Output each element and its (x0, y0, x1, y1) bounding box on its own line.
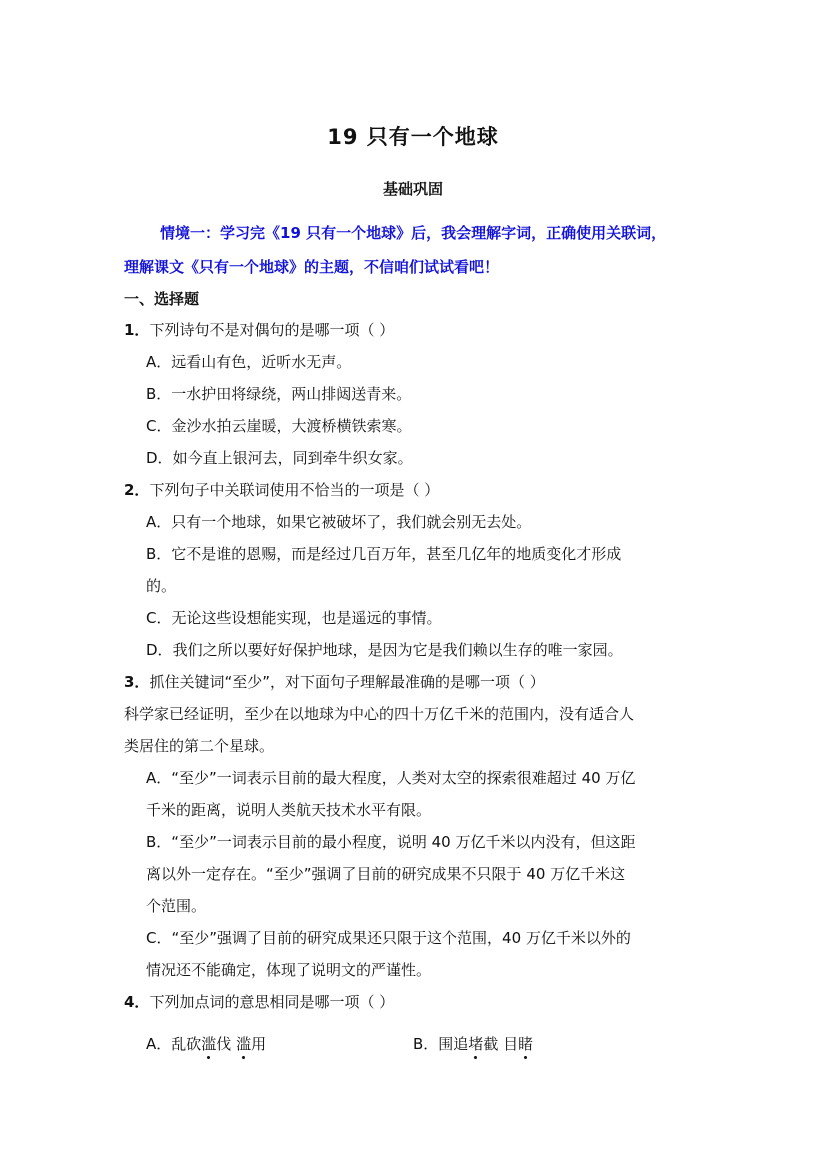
intro-line-1: 情境一：学习完《19 只有一个地球》后，我会理解字词，正确使用关联词， (160, 222, 740, 243)
option-text: 我们之所以要好好保护地球，是因为它是我们赖以生存的唯一家园。 (173, 641, 623, 659)
q1-option-d: D．如今直上银河去，同到牵牛织女家。 (146, 447, 413, 468)
option-key: B． (146, 545, 171, 563)
option-text: 用 (251, 1035, 266, 1053)
q3-option-c-line-2: 情况还不能确定，体现了说明文的严谨性。 (146, 959, 431, 980)
question-number: 3． (124, 673, 149, 691)
option-text: 一水护田将绿绕，两山排闼送青来。 (171, 385, 411, 403)
q3-option-a-line-2: 千米的距离，说明人类航天技术水平有限。 (146, 799, 431, 820)
q1-option-a: A．远看山有色，近听水无声。 (146, 351, 351, 372)
emphasis-dotted-char: 滥 (201, 1033, 216, 1054)
option-key: B． (146, 833, 171, 851)
option-key: A． (146, 353, 171, 371)
option-key: C． (146, 417, 171, 435)
option-key: A． (146, 769, 171, 787)
option-key: A． (146, 1035, 171, 1053)
question-3: 3．抓住关键词“至少”，对下面句子理解最准确的是哪一项（ ） (124, 671, 545, 692)
q2-option-a: A．只有一个地球，如果它被破坏了，我们就会别无去处。 (146, 511, 531, 532)
document-page: 19 只有一个地球 基础巩固 情境一：学习完《19 只有一个地球》后，我会理解字… (0, 0, 826, 1169)
q3-passage-line-1: 科学家已经证明，至少在以地球为中心的四十万亿千米的范围内，没有适合人 (124, 703, 634, 724)
q2-option-c: C．无论这些设想能实现，也是遥远的事情。 (146, 607, 442, 628)
option-key: B． (413, 1035, 438, 1053)
question-number: 4． (124, 993, 149, 1011)
page-title: 19 只有一个地球 (0, 121, 826, 151)
question-stem: 下列诗句不是对偶句的是哪一项（ ） (149, 321, 394, 339)
q1-option-b: B．一水护田将绿绕，两山排闼送青来。 (146, 383, 411, 404)
option-key: B． (146, 385, 171, 403)
question-stem: 下列句子中关联词使用不恰当的一项是（ ） (149, 481, 439, 499)
q3-passage-line-2: 类居住的第二个星球。 (124, 735, 274, 756)
option-text: 伐 (216, 1035, 236, 1053)
q2-option-b-continued: 的。 (146, 575, 176, 596)
option-key: A． (146, 513, 171, 531)
option-text: 如今直上银河去，同到牵牛织女家。 (173, 449, 413, 467)
section-subtitle: 基础巩固 (0, 178, 826, 199)
option-key: C． (146, 929, 171, 947)
q1-option-c: C．金沙水拍云崖暖，大渡桥横铁索寒。 (146, 415, 412, 436)
q3-option-a: A．“至少”一词表示目前的最大程度，人类对太空的探索很难超过 40 万亿 (146, 767, 635, 788)
emphasis-dotted-char: 堵 (468, 1033, 483, 1054)
option-text: 无论这些设想能实现，也是遥远的事情。 (171, 609, 441, 627)
emphasis-dotted-char: 睹 (518, 1033, 533, 1054)
option-key: D． (146, 449, 173, 467)
q3-option-b: B．“至少”一词表示目前的最小程度，说明 40 万亿千米以内没有，但这距 (146, 831, 635, 852)
option-key: C． (146, 609, 171, 627)
q3-option-c: C．“至少”强调了目前的研究成果还只限于这个范围，40 万亿千米以外的 (146, 927, 631, 948)
option-text: “至少”一词表示目前的最小程度，说明 40 万亿千米以内没有，但这距 (171, 833, 635, 851)
question-2: 2．下列句子中关联词使用不恰当的一项是（ ） (124, 479, 439, 500)
option-text: “至少”强调了目前的研究成果还只限于这个范围，40 万亿千米以外的 (171, 929, 630, 947)
option-text: 围追 (438, 1035, 468, 1053)
q2-option-b: B．它不是谁的恩赐，而是经过几百万年，甚至几亿年的地质变化才形成 (146, 543, 621, 564)
question-stem: 抓住关键词“至少”，对下面句子理解最准确的是哪一项（ ） (149, 673, 544, 691)
option-text: 只有一个地球，如果它被破坏了，我们就会别无去处。 (171, 513, 531, 531)
option-text: 远看山有色，近听水无声。 (171, 353, 351, 371)
q4-option-b: B．围追堵截 目睹 (413, 1033, 533, 1054)
option-key: D． (146, 641, 173, 659)
intro-line-2: 理解课文《只有一个地球》的主题，不信咱们试试看吧！ (124, 256, 724, 277)
q3-option-b-line-3: 个范围。 (146, 895, 206, 916)
q2-option-d: D．我们之所以要好好保护地球，是因为它是我们赖以生存的唯一家园。 (146, 639, 623, 660)
q4-option-a: A．乱砍滥伐 滥用 (146, 1033, 266, 1054)
question-4: 4．下列加点词的意思相同是哪一项（ ） (124, 991, 394, 1012)
emphasis-dotted-char: 滥 (236, 1033, 251, 1054)
q3-option-b-line-2: 离以外一定存在。“至少”强调了目前的研究成果不只限于 40 万亿千米这 (146, 863, 625, 884)
option-text: 金沙水拍云崖暖，大渡桥横铁索寒。 (171, 417, 411, 435)
question-stem: 下列加点词的意思相同是哪一项（ ） (149, 993, 394, 1011)
question-number: 1． (124, 321, 149, 339)
option-text: 乱砍 (171, 1035, 201, 1053)
question-1: 1．下列诗句不是对偶句的是哪一项（ ） (124, 319, 394, 340)
section-heading: 一、选择题 (124, 288, 199, 309)
question-number: 2． (124, 481, 149, 499)
option-text: 它不是谁的恩赐，而是经过几百万年，甚至几亿年的地质变化才形成 (171, 545, 621, 563)
option-text: 截 目 (483, 1035, 518, 1053)
option-text: “至少”一词表示目前的最大程度，人类对太空的探索很难超过 40 万亿 (171, 769, 635, 787)
